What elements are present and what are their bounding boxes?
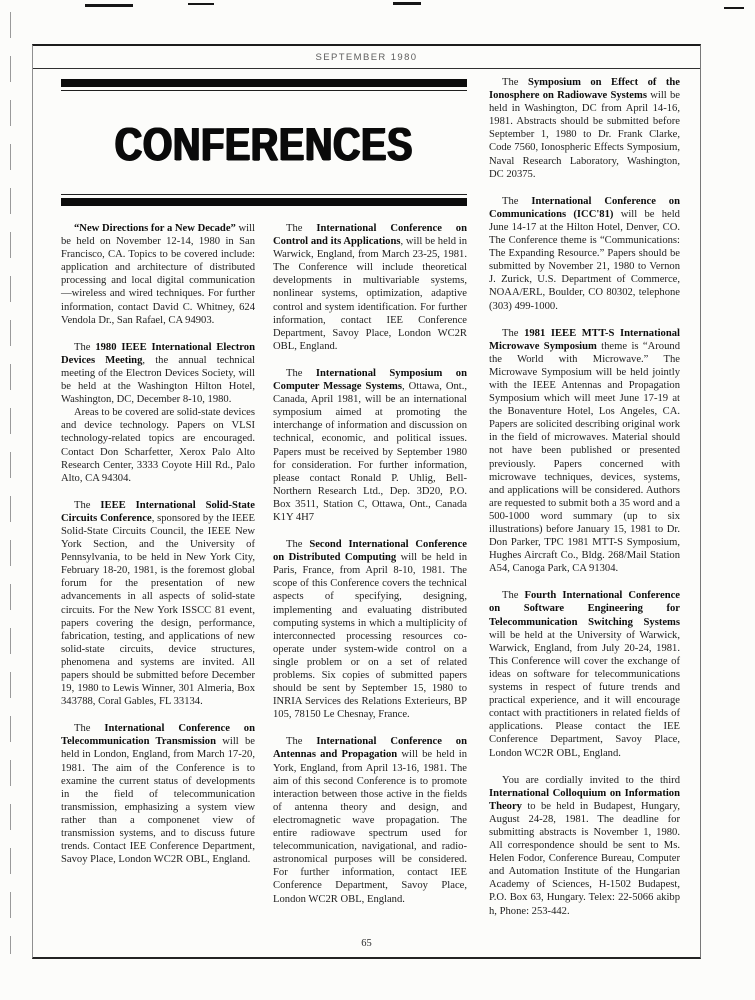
- scan-edge-line: [10, 12, 11, 954]
- body-text: theme is “Around the World with Microwav…: [489, 341, 680, 575]
- body-text: The: [286, 223, 316, 234]
- conference-entry: The Fourth International Conference on S…: [489, 589, 680, 759]
- two-column-area: “New Directions for a New Decade” will b…: [61, 222, 467, 920]
- column-right: The Symposium on Effect of the Ionospher…: [489, 74, 680, 932]
- body-text: will be held in London, England, from Ma…: [61, 736, 255, 865]
- paragraph: The Fourth International Conference on S…: [489, 589, 680, 759]
- left-section: CONFERENCES “New Directions for a New De…: [61, 74, 467, 932]
- title-rule-thick-top: [61, 79, 467, 87]
- body-text: will be held in Paris, France, from Apri…: [273, 552, 467, 720]
- body-text: will be held at the University of Warwic…: [489, 630, 680, 759]
- paragraph: The International Conference on Communic…: [489, 195, 680, 313]
- paragraph: You are cordially invited to the third I…: [489, 774, 680, 918]
- body-text: , Ottawa, Ont., Canada, April 1981, will…: [273, 381, 467, 523]
- paragraph: The International Conference on Telecomm…: [61, 722, 255, 866]
- title-rule-thin-top: [61, 90, 467, 91]
- paragraph: “New Directions for a New Decade” will b…: [61, 222, 255, 327]
- conference-entry: The 1981 IEEE MTT-S International Microw…: [489, 327, 680, 576]
- body-text: will be held in York, England, from Apri…: [273, 749, 467, 904]
- body-text: The: [286, 539, 309, 550]
- body-text: Areas to be covered are solid-state devi…: [61, 407, 255, 483]
- paragraph: The Symposium on Effect of the Ionospher…: [489, 76, 680, 181]
- scan-artifact: [188, 3, 214, 5]
- body-text: will be held on November 12-14, 1980 in …: [61, 223, 255, 326]
- conference-entry: The International Symposium on Computer …: [273, 367, 467, 524]
- body-text: The: [502, 77, 528, 88]
- body-text: You are cordially invited to the third: [502, 775, 680, 786]
- paragraph: The IEEE International Solid-State Circu…: [61, 499, 255, 709]
- paragraph: Areas to be covered are solid-state devi…: [61, 406, 255, 485]
- paragraph: The International Symposium on Computer …: [273, 367, 467, 524]
- scan-artifact: [724, 7, 744, 9]
- body-text: The: [74, 723, 104, 734]
- masthead: SEPTEMBER 1980: [33, 46, 700, 69]
- paragraph: The Second International Conference on D…: [273, 538, 467, 721]
- page-number: 65: [33, 938, 700, 949]
- conference-entry: The Second International Conference on D…: [273, 538, 467, 721]
- body-text: The: [502, 590, 525, 601]
- conference-entry: “New Directions for a New Decade” will b…: [61, 222, 255, 327]
- column-left: “New Directions for a New Decade” will b…: [61, 222, 255, 920]
- body-text: The: [502, 328, 524, 339]
- scan-artifact: [85, 4, 133, 7]
- page-frame: SEPTEMBER 1980 CONFERENCES “New Directio…: [32, 44, 701, 959]
- conference-entry: You are cordially invited to the third I…: [489, 774, 680, 918]
- paragraph: The 1981 IEEE MTT-S International Microw…: [489, 327, 680, 576]
- page-content: CONFERENCES “New Directions for a New De…: [33, 69, 700, 932]
- conference-name: “New Directions for a New Decade”: [74, 223, 236, 234]
- conference-entry: The International Conference on Telecomm…: [61, 722, 255, 866]
- column-middle: The International Conference on Control …: [273, 222, 467, 920]
- issue-date: SEPTEMBER 1980: [316, 52, 418, 63]
- body-text: The: [502, 196, 531, 207]
- page-title: CONFERENCES: [98, 118, 431, 170]
- title-rule-thin-bottom: [61, 194, 467, 195]
- body-text: The: [286, 736, 316, 747]
- conference-entry: The IEEE International Solid-State Circu…: [61, 499, 255, 709]
- title-rule-thick-bottom: [61, 198, 467, 206]
- conference-entry: The International Conference on Communic…: [489, 195, 680, 313]
- body-text: will be held in Washington, DC from Apri…: [489, 90, 680, 180]
- conference-entry: The International Conference on Antennas…: [273, 735, 467, 905]
- body-text: The: [74, 500, 100, 511]
- paragraph: The International Conference on Antennas…: [273, 735, 467, 905]
- body-text: will be held June 14-17 at the Hilton Ho…: [489, 209, 680, 312]
- paragraph: The International Conference on Control …: [273, 222, 467, 353]
- conference-entry: The International Conference on Control …: [273, 222, 467, 353]
- body-text: to be held in Budapest, Hungary, August …: [489, 801, 680, 917]
- title-block: CONFERENCES: [61, 79, 467, 206]
- body-text: The: [74, 342, 95, 353]
- paragraph: The 1980 IEEE International Electron Dev…: [61, 341, 255, 406]
- conference-entry: The Symposium on Effect of the Ionospher…: [489, 76, 680, 181]
- body-text: The: [286, 368, 316, 379]
- scan-artifact: [393, 2, 421, 5]
- body-text: , will be held in Warwick, England, from…: [273, 236, 467, 352]
- body-text: , sponsored by the IEEE Solid-State Circ…: [61, 513, 255, 707]
- conference-entry: The 1980 IEEE International Electron Dev…: [61, 341, 255, 485]
